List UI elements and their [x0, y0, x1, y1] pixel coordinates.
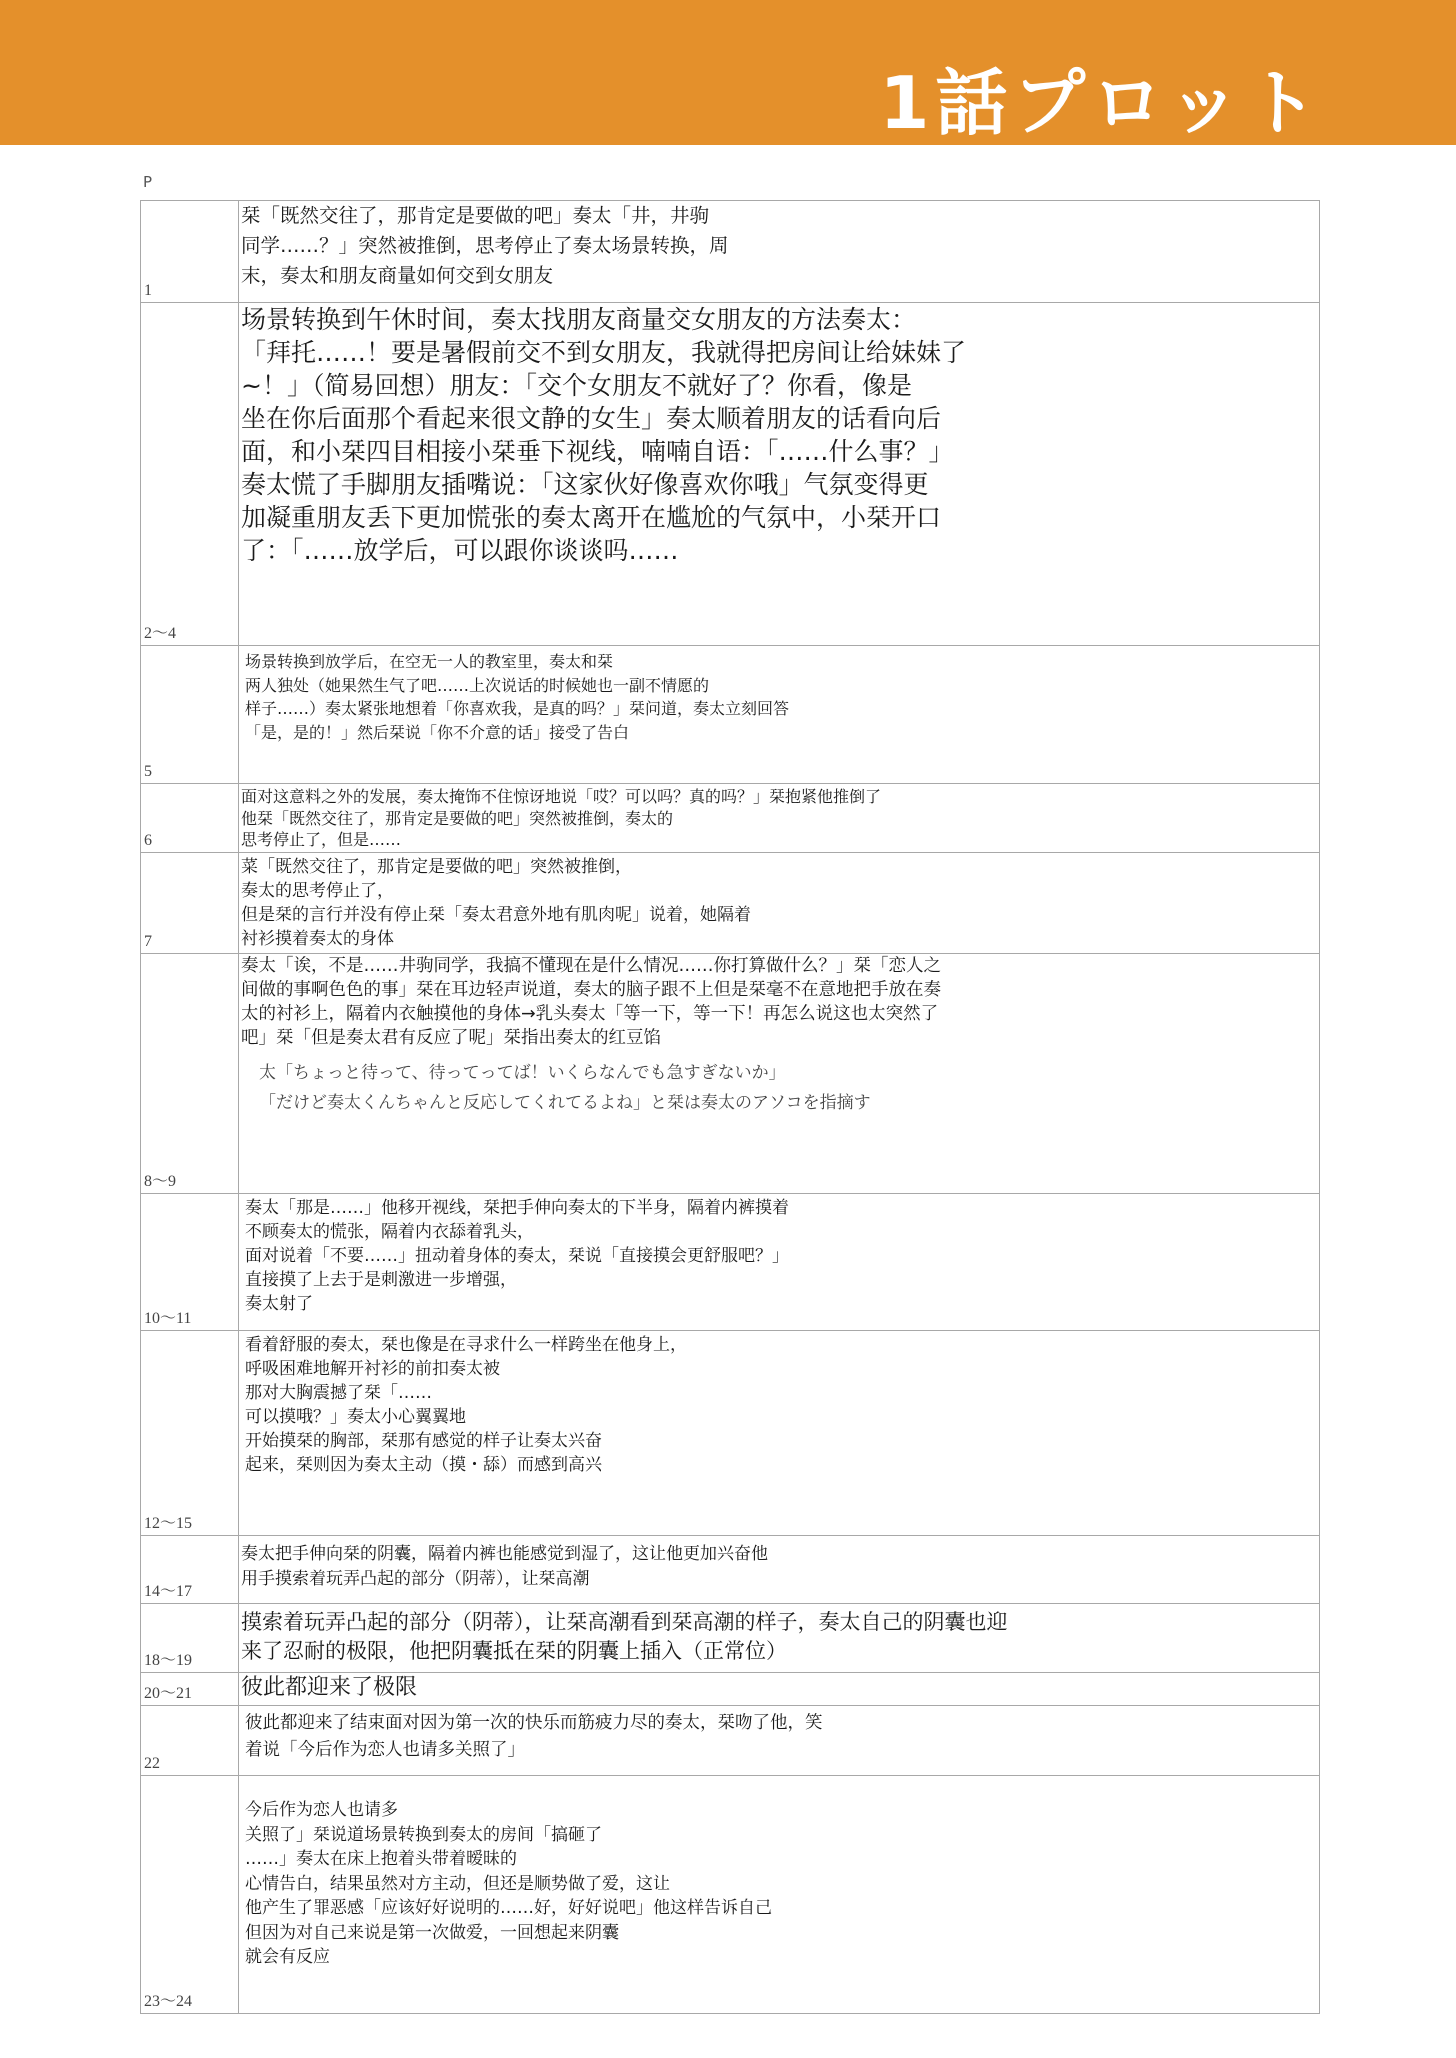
page-number: 22 [144, 1755, 236, 1773]
plot-text: 奏太「那是……」他移开视线，栞把手伸向奏太的下半身，隔着内裤摸着 不顾奏太的慌张… [239, 1194, 1319, 1316]
page-number: 7 [144, 933, 236, 951]
page-cell: 20～21 [141, 1673, 239, 1706]
plot-text: 奏太「诶，不是……井驹同学，我搞不懂现在是什么情况……你打算做什么？」栞「恋人之… [239, 954, 1319, 1050]
plot-text: 面对这意料之外的发展，奏太掩饰不住惊讶地说「哎？可以吗？真的吗？」栞抱紧他推倒了… [239, 784, 1319, 851]
table-row: 18～19 摸索着玩弄凸起的部分（阴蒂），让栞高潮看到栞高潮的样子，奏太自己的阴… [141, 1604, 1320, 1673]
page-number: 10～11 [144, 1305, 236, 1328]
plot-text: 彼此都迎来了极限 [239, 1673, 1319, 1703]
page-header: 1話プロット [0, 0, 1456, 145]
plot-cell: 奏太「那是……」他移开视线，栞把手伸向奏太的下半身，隔着内裤摸着 不顾奏太的慌张… [239, 1194, 1320, 1331]
plot-text: 摸索着玩弄凸起的部分（阴蒂），让栞高潮看到栞高潮的样子，奏太自己的阴囊也迎 来了… [239, 1604, 1319, 1666]
page-cell: 22 [141, 1706, 239, 1776]
page-cell: 10～11 [141, 1194, 239, 1331]
plot-cell: 场景转换到放学后，在空无一人的教室里，奏太和栞 两人独处（她果然生气了吧……上次… [239, 646, 1320, 784]
plot-cell: 场景转换到午休时间，奏太找朋友商量交女朋友的方法奏太： 「拜托……！要是暑假前交… [239, 303, 1320, 646]
original-japanese-text: 太「ちょっと待って、待ってってば！いくらなんでも急すぎないか」 「だけど奏太くん… [239, 1050, 1319, 1118]
page-cell: 18～19 [141, 1604, 239, 1673]
table-row: 8～9 奏太「诶，不是……井驹同学，我搞不懂现在是什么情况……你打算做什么？」栞… [141, 954, 1320, 1194]
plot-cell: 彼此都迎来了极限 [239, 1673, 1320, 1706]
plot-text: 栞「既然交往了，那肯定是要做的吧」奏太「井，井驹 同学……？」突然被推倒，思考停… [239, 201, 1319, 291]
page-number: 6 [144, 832, 236, 850]
plot-text: 场景转换到放学后，在空无一人的教室里，奏太和栞 两人独处（她果然生气了吧……上次… [239, 646, 1319, 744]
page-cell: 8～9 [141, 954, 239, 1194]
page-number: 5 [144, 763, 236, 781]
plot-table: 1 栞「既然交往了，那肯定是要做的吧」奏太「井，井驹 同学……？」突然被推倒，思… [140, 200, 1320, 2014]
page-cell: 2～4 [141, 303, 239, 646]
plot-text: 奏太把手伸向栞的阴囊，隔着内裤也能感觉到湿了，这让他更加兴奋他 用手摸索着玩弄凸… [239, 1536, 1319, 1592]
plot-cell: 栞「既然交往了，那肯定是要做的吧」奏太「井，井驹 同学……？」突然被推倒，思考停… [239, 201, 1320, 303]
page-column-label: P [143, 173, 152, 191]
table-row: 5 场景转换到放学后，在空无一人的教室里，奏太和栞 两人独处（她果然生气了吧……… [141, 646, 1320, 784]
page-title: 1話プロット [879, 58, 1324, 148]
plot-cell: 奏太把手伸向栞的阴囊，隔着内裤也能感觉到湿了，这让他更加兴奋他 用手摸索着玩弄凸… [239, 1536, 1320, 1604]
table-row: 20～21 彼此都迎来了极限 [141, 1673, 1320, 1706]
page-number: 14～17 [144, 1578, 236, 1601]
plot-cell: 奏太「诶，不是……井驹同学，我搞不懂现在是什么情况……你打算做什么？」栞「恋人之… [239, 954, 1320, 1194]
table-row: 10～11 奏太「那是……」他移开视线，栞把手伸向奏太的下半身，隔着内裤摸着 不… [141, 1194, 1320, 1331]
page-cell: 23～24 [141, 1776, 239, 2014]
plot-cell: 摸索着玩弄凸起的部分（阴蒂），让栞高潮看到栞高潮的样子，奏太自己的阴囊也迎 来了… [239, 1604, 1320, 1673]
plot-cell: 面对这意料之外的发展，奏太掩饰不住惊讶地说「哎？可以吗？真的吗？」栞抱紧他推倒了… [239, 784, 1320, 853]
plot-text: 彼此都迎来了结束面对因为第一次的快乐而筋疲力尽的奏太，栞吻了他，笑 着说「今后作… [239, 1706, 1319, 1764]
page-number: 12～15 [144, 1510, 236, 1533]
table-row: 23～24 今后作为恋人也请多 关照了」栞说道场景转换到奏太的房间「搞砸了 ……… [141, 1776, 1320, 2014]
page-cell: 14～17 [141, 1536, 239, 1604]
page-number: 1 [144, 282, 236, 300]
table-row: 7 菜「既然交往了，那肯定是要做的吧」突然被推倒， 奏太的思考停止了， 但是栞的… [141, 853, 1320, 954]
page-number: 8～9 [144, 1168, 236, 1191]
plot-cell: 菜「既然交往了，那肯定是要做的吧」突然被推倒， 奏太的思考停止了， 但是栞的言行… [239, 853, 1320, 954]
page-number: 23～24 [144, 1988, 236, 2011]
plot-cell: 彼此都迎来了结束面对因为第一次的快乐而筋疲力尽的奏太，栞吻了他，笑 着说「今后作… [239, 1706, 1320, 1776]
plot-cell: 看着舒服的奏太，栞也像是在寻求什么一样跨坐在他身上， 呼吸困难地解开衬衫的前扣奏… [239, 1331, 1320, 1536]
page-cell: 7 [141, 853, 239, 954]
page-cell: 5 [141, 646, 239, 784]
page-number: 2～4 [144, 620, 236, 643]
plot-text: 看着舒服的奏太，栞也像是在寻求什么一样跨坐在他身上， 呼吸困难地解开衬衫的前扣奏… [239, 1331, 1319, 1477]
plot-cell: 今后作为恋人也请多 关照了」栞说道场景转换到奏太的房间「搞砸了 ……」奏太在床上… [239, 1776, 1320, 2014]
table-row: 22 彼此都迎来了结束面对因为第一次的快乐而筋疲力尽的奏太，栞吻了他，笑 着说「… [141, 1706, 1320, 1776]
page-cell: 1 [141, 201, 239, 303]
table-row: 12～15 看着舒服的奏太，栞也像是在寻求什么一样跨坐在他身上， 呼吸困难地解开… [141, 1331, 1320, 1536]
page-cell: 12～15 [141, 1331, 239, 1536]
plot-text: 菜「既然交往了，那肯定是要做的吧」突然被推倒， 奏太的思考停止了， 但是栞的言行… [239, 853, 1319, 951]
plot-text: 场景转换到午休时间，奏太找朋友商量交女朋友的方法奏太： 「拜托……！要是暑假前交… [239, 303, 1319, 567]
table-row: 1 栞「既然交往了，那肯定是要做的吧」奏太「井，井驹 同学……？」突然被推倒，思… [141, 201, 1320, 303]
plot-text: 今后作为恋人也请多 关照了」栞说道场景转换到奏太的房间「搞砸了 ……」奏太在床上… [239, 1776, 1319, 1970]
table-row: 6 面对这意料之外的发展，奏太掩饰不住惊讶地说「哎？可以吗？真的吗？」栞抱紧他推… [141, 784, 1320, 853]
page-number: 20～21 [144, 1680, 236, 1703]
page-cell: 6 [141, 784, 239, 853]
table-row: 14～17 奏太把手伸向栞的阴囊，隔着内裤也能感觉到湿了，这让他更加兴奋他 用手… [141, 1536, 1320, 1604]
table-row: 2～4 场景转换到午休时间，奏太找朋友商量交女朋友的方法奏太： 「拜托……！要是… [141, 303, 1320, 646]
page-number: 18～19 [144, 1647, 236, 1670]
